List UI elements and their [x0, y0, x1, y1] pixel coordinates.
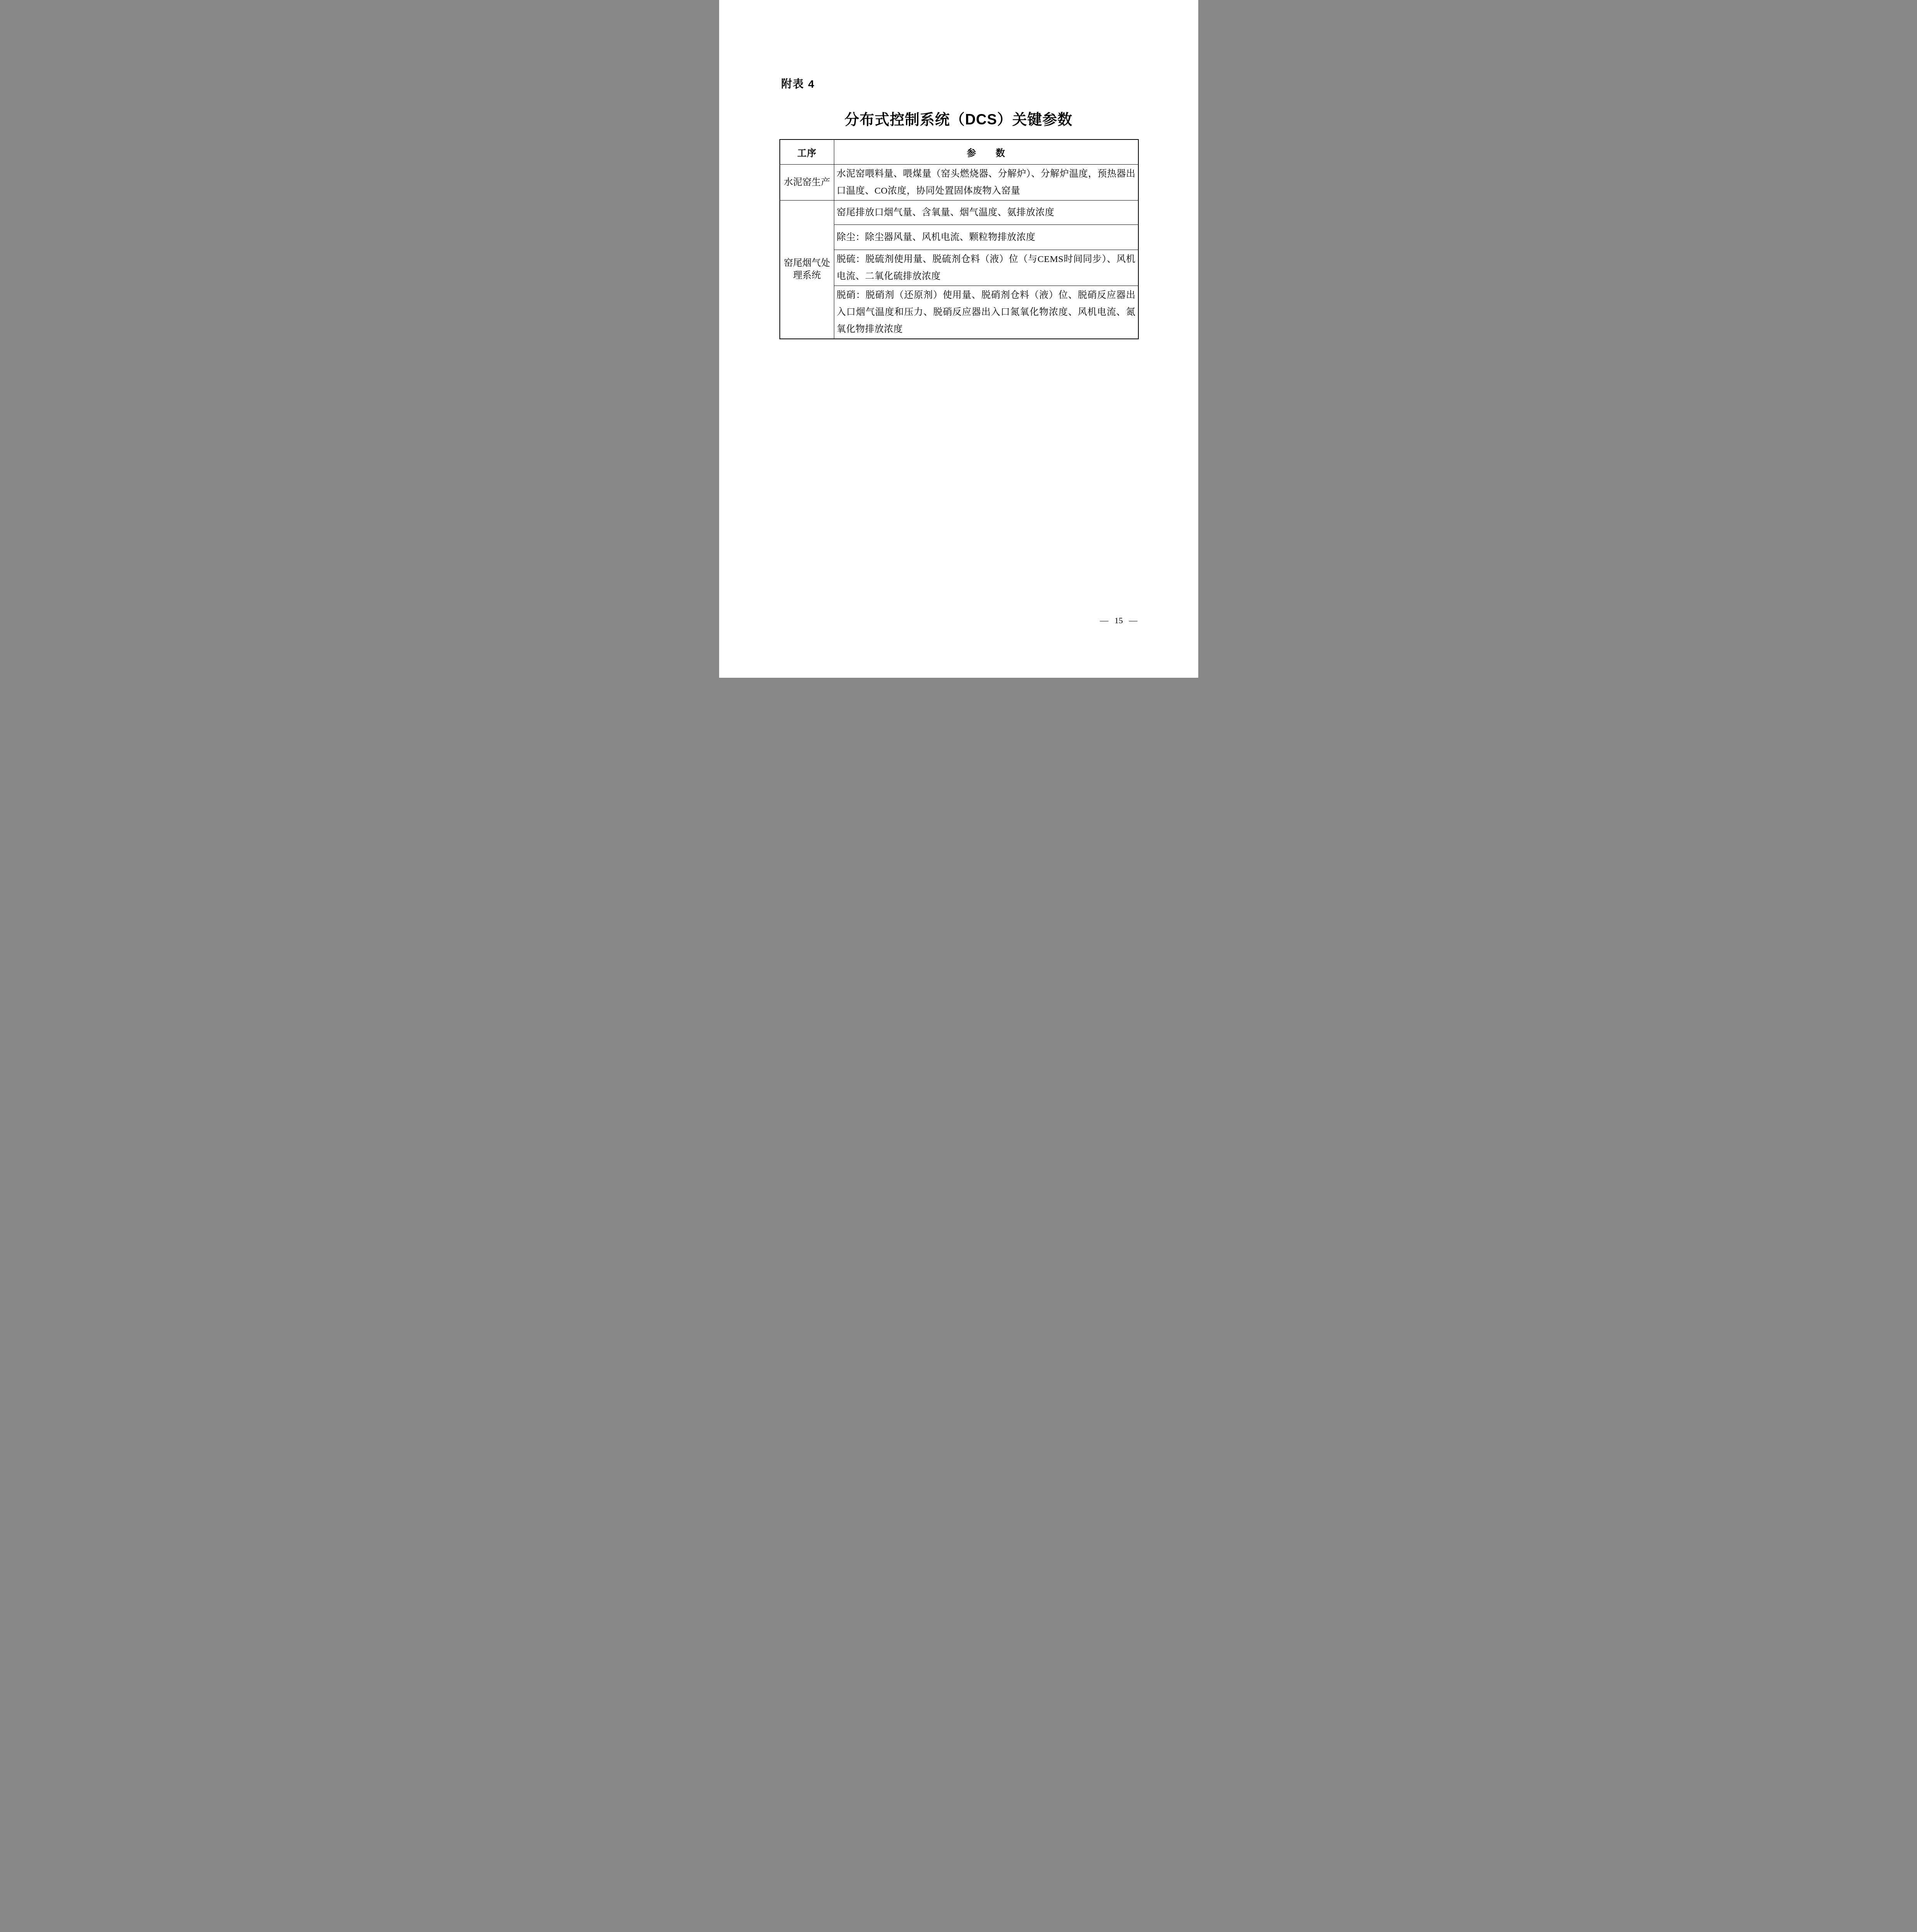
page-number: — 15 — — [1100, 616, 1138, 626]
document-page: 附表 4 分布式控制系统（DCS）关键参数 工序 参 数 水泥窑生产 水泥窑喂料… — [719, 0, 1198, 678]
page-title: 分布式控制系统（DCS）关键参数 — [719, 107, 1198, 129]
table-header-row: 工序 参 数 — [780, 139, 1138, 164]
appendix-table-label: 附表 4 — [781, 76, 815, 91]
parameters-cell-desulfurization: 脱硫：脱硫剂使用量、脱硫剂仓料（液）位（与CEMS时间同步）、风机电流、二氧化硫… — [834, 250, 1138, 286]
parameters-cell-kiln-tail-outlet: 窑尾排放口烟气量、含氧量、烟气温度、氨排放浓度 — [834, 200, 1138, 224]
parameters-cell-dust-removal: 除尘：除尘器风量、风机电流、颗粒物排放浓度 — [834, 224, 1138, 250]
process-cell-cement-kiln-production: 水泥窑生产 — [780, 164, 834, 200]
dcs-parameters-table: 工序 参 数 水泥窑生产 水泥窑喂料量、喂煤量（窑头燃烧器、分解炉）、分解炉温度… — [779, 139, 1139, 339]
process-cell-kiln-tail-flue-gas-system: 窑尾烟气处理系统 — [780, 200, 834, 339]
parameters-cell-cement-kiln-production: 水泥窑喂料量、喂煤量（窑头燃烧器、分解炉）、分解炉温度，预热器出口温度、CO浓度… — [834, 164, 1138, 200]
table-row: 窑尾烟气处理系统 窑尾排放口烟气量、含氧量、烟气温度、氨排放浓度 — [780, 200, 1138, 224]
column-header-process: 工序 — [780, 139, 834, 164]
table-row: 水泥窑生产 水泥窑喂料量、喂煤量（窑头燃烧器、分解炉）、分解炉温度，预热器出口温… — [780, 164, 1138, 200]
parameters-cell-denitration: 脱硝：脱硝剂（还原剂）使用量、脱硝剂仓料（液）位、脱硝反应器出入口烟气温度和压力… — [834, 286, 1138, 339]
column-header-parameters: 参 数 — [834, 139, 1138, 164]
